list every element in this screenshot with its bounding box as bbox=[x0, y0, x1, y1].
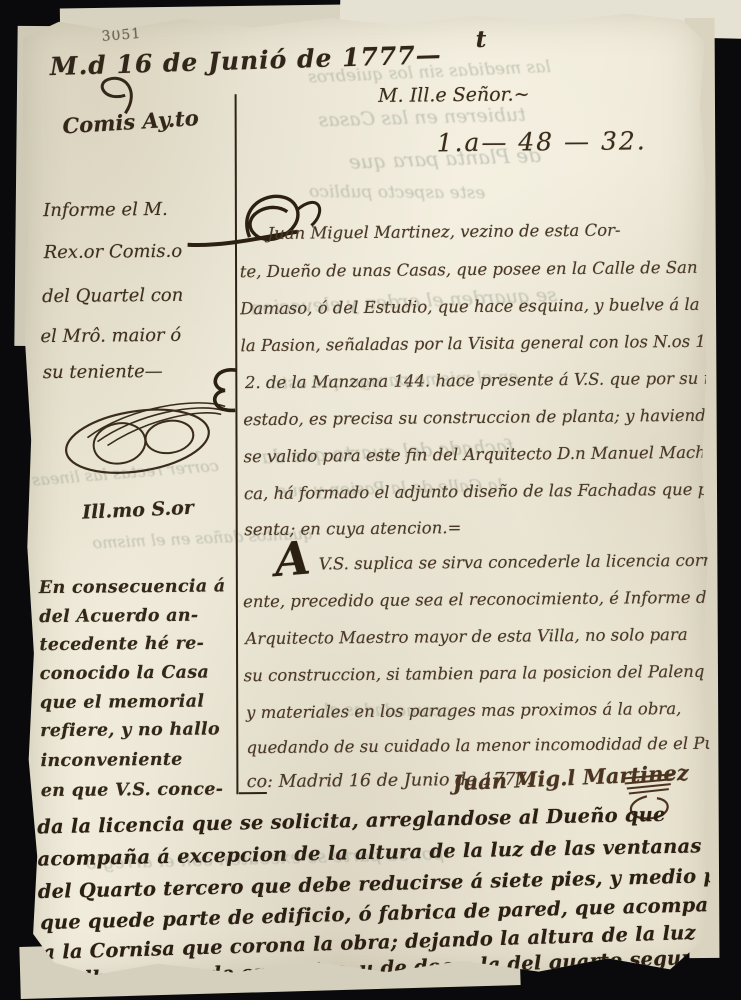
decree-line: da la licencia que se solicita, arreglan… bbox=[37, 803, 666, 839]
suplica-line: ente, precedido que sea el reconocimient… bbox=[243, 588, 722, 612]
margin-note-line: Informe el M. bbox=[43, 199, 168, 221]
margin-report-line: que el memorial bbox=[40, 692, 204, 714]
suplica-line: su construccion, si tambien para la posi… bbox=[244, 662, 731, 686]
petition-line: Juan Miguel Martinez, vezino de esta Cor… bbox=[267, 221, 620, 243]
petition-line: estado, es precisa su construccion de pl… bbox=[243, 406, 721, 430]
top-ink-mark: t bbox=[476, 26, 487, 53]
verso-bleedthrough: este aspecto publico bbox=[309, 182, 485, 203]
margin-note-line: Rex.or Comis.o bbox=[44, 241, 183, 263]
margin-divider-foot bbox=[239, 792, 267, 794]
margin-report-line: refiere, y no hallo bbox=[40, 719, 220, 741]
margin-report-line: inconveniente bbox=[40, 750, 182, 771]
petition-line: 2. de la Manzana 144. hace presente á V.… bbox=[245, 368, 735, 392]
petition-line: Damaso, ó del Estudio, que hace esquina,… bbox=[240, 295, 725, 319]
margin-note-line: del Quartel con bbox=[42, 285, 183, 307]
margin-note-line: el Mrô. maior ó bbox=[40, 325, 181, 347]
margin-report-line: en que V.S. conce- bbox=[41, 779, 224, 801]
document-photo: las medidas sin los quiebros tubieren en… bbox=[0, 0, 741, 1000]
petition-line: se valido para este fin del Arquitecto D… bbox=[244, 443, 723, 467]
margin-report-line: conocido la Casa bbox=[40, 663, 210, 685]
petition-line: te, Dueño de unas Casas, que posee en la… bbox=[240, 258, 698, 281]
margin-report-line: tecedente hé re- bbox=[39, 634, 204, 656]
salutation: Ill.mo S.or bbox=[82, 497, 195, 524]
suplica-initial: A bbox=[273, 530, 313, 587]
margin-report-line: En consecuencia á bbox=[39, 576, 226, 598]
paragraph-curl bbox=[207, 364, 247, 416]
file-number: 1.a— 48 — 32. bbox=[436, 126, 646, 157]
margin-report-line: del Acuerdo an- bbox=[39, 606, 198, 628]
manuscript-sheet: las medidas sin los quiebros tubieren en… bbox=[17, 8, 718, 983]
margin-note-line: su teniente— bbox=[43, 361, 163, 383]
suplica-line: Arquitecto Maestro mayor de esta Villa, … bbox=[245, 625, 688, 648]
petition-line: ca, há formado el adjunto diseño de las … bbox=[244, 480, 732, 504]
petition-line: la Pasion, señaladas por la Visita gener… bbox=[240, 332, 725, 356]
suplica-line: y materiales en los parages mas proximos… bbox=[246, 699, 681, 722]
addressee: M. Ill.e Señor.~ bbox=[378, 83, 530, 106]
suplica-line: V.S. suplica se sirva concederle la lice… bbox=[319, 550, 741, 573]
suplica-line: quedando de su cuidado la menor incomodi… bbox=[246, 733, 741, 757]
